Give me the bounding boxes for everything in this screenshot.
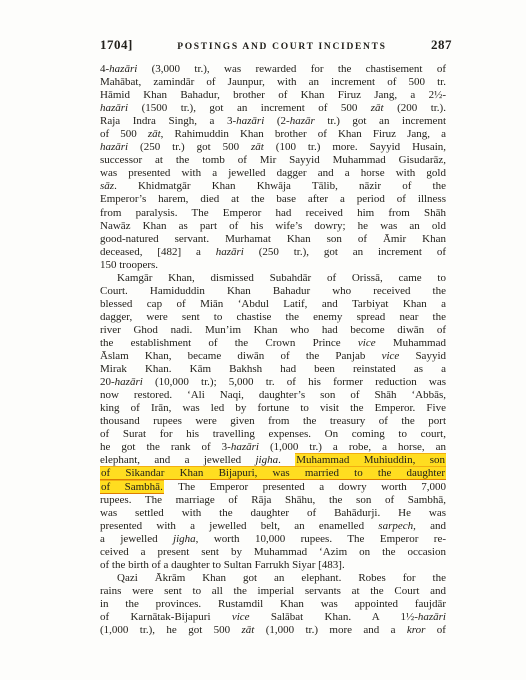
text-line: Nawāz Khan as part of his wife’s dowry; … bbox=[100, 220, 446, 233]
text-line: of Surat for his travelling expenses. On… bbox=[100, 428, 446, 441]
text-line: Kamgār Khan, dismissed Subahdār of Oriss… bbox=[100, 272, 446, 285]
text-line: Emperor’s harem, died at the base after … bbox=[100, 193, 446, 206]
paragraph: Kamgār Khan, dismissed Subahdār of Oriss… bbox=[100, 272, 446, 572]
text-line: Court. Hamiduddin Khan Bahadur who recei… bbox=[100, 285, 446, 298]
running-head-year: 1704] bbox=[100, 37, 133, 53]
text-line: Mirak Khan. Kām Bakhsh had been reinstat… bbox=[100, 363, 446, 376]
text-line: from paralysis. The Emperor had received… bbox=[100, 207, 446, 220]
text-line: elephant, and a jewelled jigha. Muhammad… bbox=[100, 454, 446, 467]
text-line: successor at the tomb of Mir Sayyid Muha… bbox=[100, 154, 446, 167]
italic-text: hazāri bbox=[236, 115, 264, 127]
text-line: ceived a present sent by Muhammad ‘Azim … bbox=[100, 546, 446, 559]
text-line: river Ghod nadi. Mun’im Khan who had bec… bbox=[100, 324, 446, 337]
text-line: Hāmid Khan Bahadur, brother of Khan Firu… bbox=[100, 89, 446, 102]
text-line: Āslam Khan, became diwān of the Panjab v… bbox=[100, 350, 446, 363]
italic-text: hazāri bbox=[418, 611, 446, 623]
page-header: 1704] POSTINGS AND COURT INCIDENTS 287 bbox=[100, 37, 452, 53]
italic-text: jigha bbox=[173, 533, 196, 545]
text-line: deceased, [482] a hazāri (250 tr.), got … bbox=[100, 246, 446, 259]
text-line: rains were sent to all the imperial serv… bbox=[100, 585, 446, 598]
italic-text: sarpech bbox=[378, 520, 413, 532]
italic-text: kror bbox=[407, 624, 426, 636]
text-line: king of Irān, was led by fortune to visi… bbox=[100, 402, 446, 415]
highlighted-text: of Sambhā. bbox=[100, 481, 164, 493]
highlighted-text: of Sikandar Khan Bijapuri, was married t… bbox=[100, 467, 446, 479]
italic-text: sāz bbox=[100, 180, 114, 192]
text-line: he got the rank of 3-hazāri (1,000 tr.) … bbox=[100, 441, 446, 454]
text-line: Qazi Ākrām Khan got an elephant. Robes f… bbox=[100, 572, 446, 585]
text-line: in the provinces. Rustamdil Khan was app… bbox=[100, 598, 446, 611]
page-body: 4-hazāri (3,000 tr.), was rewarded for t… bbox=[100, 63, 446, 637]
text-line: presented with a jewelled belt, an ename… bbox=[100, 520, 446, 533]
italic-text: zāt bbox=[242, 624, 255, 636]
text-line: thousand rupees were given from the trea… bbox=[100, 415, 446, 428]
text-line: rupees. The marriage of Rāja Shāhu, the … bbox=[100, 494, 446, 507]
text-line: of Sikandar Khan Bijapuri, was married t… bbox=[100, 467, 446, 480]
highlighted-text: Muhammad Muhiuddin, son bbox=[295, 454, 446, 466]
text-line: 150 troopers. bbox=[100, 259, 446, 272]
text-line: a jewelled jigha, worth 10,000 rupees. T… bbox=[100, 533, 446, 546]
italic-text: hazāri bbox=[109, 63, 137, 75]
italic-text: zāt bbox=[148, 128, 161, 140]
text-line: dagger, were sent to chastise the enemy … bbox=[100, 311, 446, 324]
text-line: of Karnātak-Bijapuri vice Salābat Khan. … bbox=[100, 611, 446, 624]
book-page: 1704] POSTINGS AND COURT INCIDENTS 287 4… bbox=[0, 0, 526, 680]
running-head-title: POSTINGS AND COURT INCIDENTS bbox=[133, 42, 431, 52]
text-line: hazāri (1500 tr.), got an increment of 5… bbox=[100, 102, 446, 115]
text-line: of the birth of a daughter to Sultan Far… bbox=[100, 559, 446, 572]
text-line: good-natured servant. Murhamat Khan son … bbox=[100, 233, 446, 246]
text-line: of Sambhā. The Emperor presented a dowry… bbox=[100, 481, 446, 494]
italic-text: hazāri bbox=[231, 441, 259, 453]
italic-text: zāt bbox=[371, 102, 384, 114]
page-number: 287 bbox=[431, 37, 452, 53]
text-line: 4-hazāri (3,000 tr.), was rewarded for t… bbox=[100, 63, 446, 76]
italic-text: hazāri bbox=[100, 141, 128, 153]
italic-text: jigha bbox=[255, 454, 278, 466]
italic-text: vice bbox=[358, 337, 376, 349]
italic-text: hazār bbox=[290, 115, 315, 127]
italic-text: vice bbox=[382, 350, 400, 362]
text-line: Raja Indra Singh, a 3-hazāri (2-hazār tr… bbox=[100, 115, 446, 128]
text-line: blessed cap of Miān ‘Abdul Latif, and Ta… bbox=[100, 298, 446, 311]
italic-text: zāt bbox=[251, 141, 264, 153]
text-line: now restored. ‘Ali Naqi, daughter’s son … bbox=[100, 389, 446, 402]
text-line: of 500 zāt, Rahimuddin Khan brother of K… bbox=[100, 128, 446, 141]
italic-text: vice bbox=[232, 611, 250, 623]
text-line: Mahābat, zamindār of Jaunpur, with an in… bbox=[100, 76, 446, 89]
text-line: the establishment of the Crown Prince vi… bbox=[100, 337, 446, 350]
text-line: hazāri (250 tr.) got 500 zāt (100 tr.) m… bbox=[100, 141, 446, 154]
text-line: 20-hazāri (10,000 tr.); 5,000 tr. of his… bbox=[100, 376, 446, 389]
text-line: (1,000 tr.), he got 500 zāt (1,000 tr.) … bbox=[100, 624, 446, 637]
italic-text: hazāri bbox=[216, 246, 244, 258]
paragraph: Qazi Ākrām Khan got an elephant. Robes f… bbox=[100, 572, 446, 637]
italic-text: hazāri bbox=[115, 376, 143, 388]
text-line: sāz. Khidmatgār Khan Khwāja Tālib, nāzir… bbox=[100, 180, 446, 193]
paragraph: 4-hazāri (3,000 tr.), was rewarded for t… bbox=[100, 63, 446, 272]
italic-text: hazāri bbox=[100, 102, 128, 114]
text-line: was settled with the daughter of Bahādur… bbox=[100, 507, 446, 520]
text-line: was presented with a jewelled dagger and… bbox=[100, 167, 446, 180]
